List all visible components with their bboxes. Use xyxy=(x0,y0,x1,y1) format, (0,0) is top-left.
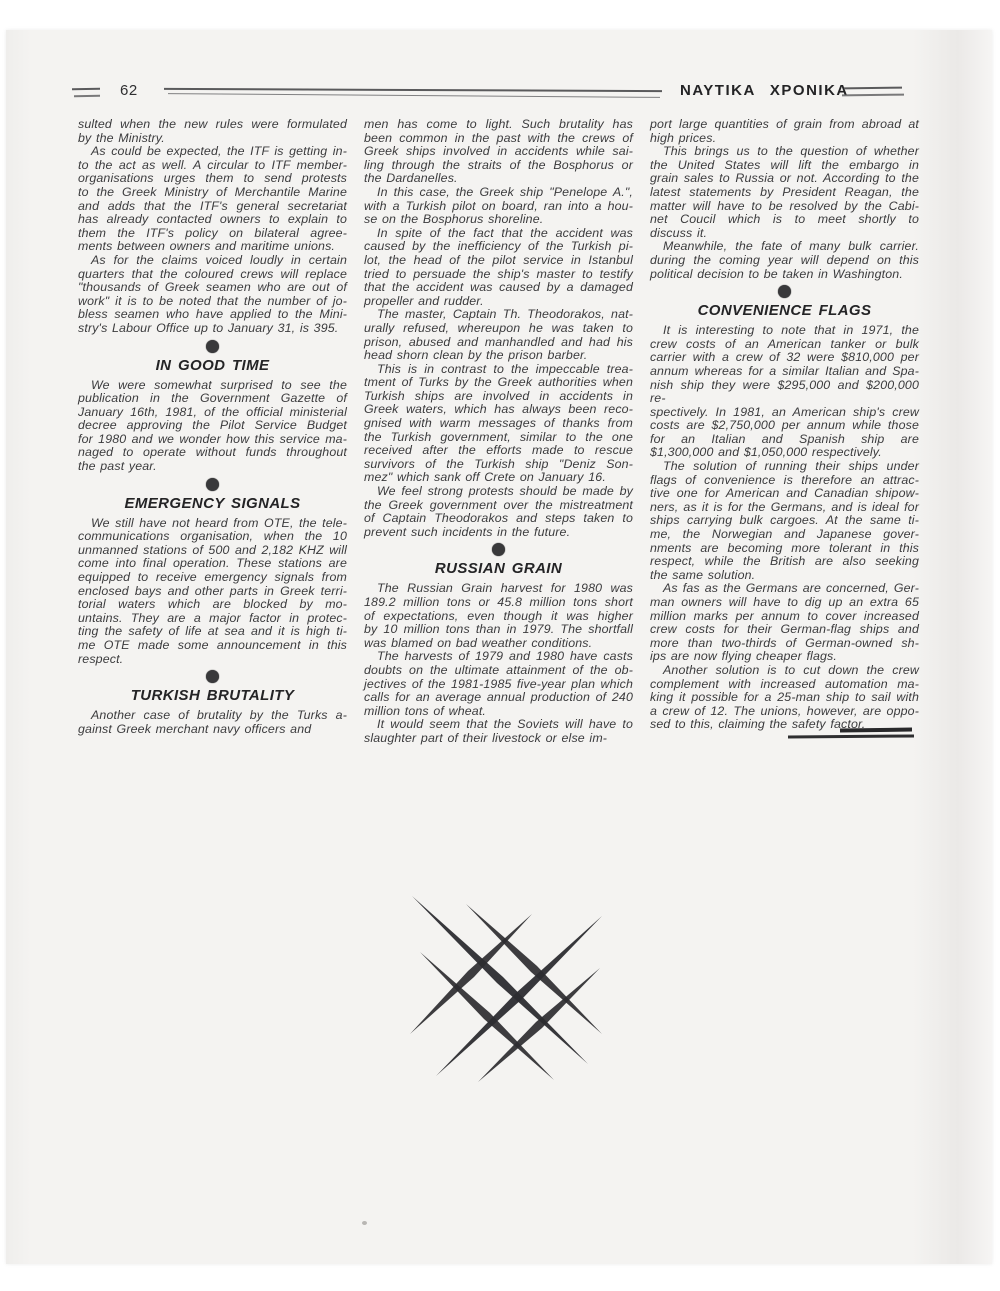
text-line: It would seem that the Soviets will have… xyxy=(364,718,633,732)
text-line: Meanwhile, the fate of many bulk carrier… xyxy=(650,240,919,254)
text-line: respect, while the British are also seek… xyxy=(650,555,919,569)
text-line: $1,300,000 and $1,050,000 respectively. xyxy=(650,446,919,460)
header-rule-long xyxy=(168,93,660,98)
text-line: has already contacted owners to explain … xyxy=(78,213,347,227)
article-columns: sulted when the new rules were formulate… xyxy=(78,118,919,746)
text-line: calls for an average annual production o… xyxy=(364,691,633,705)
text-line: tment of Turks by the Greek authorities … xyxy=(364,376,633,390)
section-heading: RUSSIAN GRAIN xyxy=(364,560,633,578)
section-heading: CONVENIENCE FLAGS xyxy=(650,302,919,320)
text-line: million tons of wheat. xyxy=(364,705,633,719)
text-line: The harvests of 1979 and 1980 have casts xyxy=(364,650,633,664)
paragraph: Another solution is to cut down the crew… xyxy=(650,664,919,732)
text-line: se on the Bosphorus shoreline. xyxy=(364,213,633,227)
text-line: crew costs of an American tanker or bulk xyxy=(650,338,919,352)
magazine-page: 62 NAYTIKA XPONIKA sulted when the new r… xyxy=(6,30,992,1264)
text-line: Greek waters, which has always been reco… xyxy=(364,403,633,417)
paragraph: We feel strong protests should be made b… xyxy=(364,485,633,539)
text-line: spectively. In 1981, an American ship's … xyxy=(650,406,919,420)
text-line: by 10 million tons than in 1979. The sho… xyxy=(364,623,633,637)
text-line: It is interesting to note that in 1971, … xyxy=(650,324,919,338)
text-line: jectives of the 1981-1985 five-year plan… xyxy=(364,678,633,692)
header-rule-long xyxy=(164,88,662,92)
text-line: urally refused, whereupon he was taken t… xyxy=(364,322,633,336)
crosshatch-flourish-icon xyxy=(402,886,617,1086)
text-line: sulted when the new rules were formulate… xyxy=(78,118,347,132)
text-line: men has come to light. Such brutality ha… xyxy=(364,118,633,132)
text-line: was blamed on bad weather conditions. xyxy=(364,637,633,651)
paragraph: We were somewhat surprised to see thepub… xyxy=(78,379,347,474)
text-line: received after the efforts made to rescu… xyxy=(364,444,633,458)
article-column-3: port large quantities of grain from abro… xyxy=(650,118,919,746)
text-line: latest statements by President Reagan, t… xyxy=(650,186,919,200)
paragraph: The solution of running their ships unde… xyxy=(650,460,919,582)
text-line: the Turkish government, similar to the o… xyxy=(364,431,633,445)
text-line: the Greek government over the mistreatme… xyxy=(364,499,633,513)
text-line: mez" which sank off Crete on January 16. xyxy=(364,471,633,485)
text-line: lot, the head of the pilot service in Is… xyxy=(364,254,633,268)
text-line: them the ITF's policy on bilateral agree… xyxy=(78,227,347,241)
text-line: me OTE made some announcement in this xyxy=(78,639,347,653)
text-line: Another solution is to cut down the crew xyxy=(650,664,919,678)
text-line: gainst Greek merchant navy officers and xyxy=(78,723,347,737)
paragraph: port large quantities of grain from abro… xyxy=(650,118,919,145)
header-rule-right xyxy=(844,87,902,89)
text-line: grain sales to Russia or not. According … xyxy=(650,172,919,186)
header-rule-left xyxy=(72,88,100,90)
text-line: We still have not heard from OTE, the te… xyxy=(78,517,347,531)
text-line: survivors of the Turkish ship "Deniz Son… xyxy=(364,458,633,472)
text-line: to the act as well. A circular to ITF me… xyxy=(78,159,347,173)
text-line: As for the claims voiced loudly in certa… xyxy=(78,254,347,268)
text-line: This is in contrast to the impeccable tr… xyxy=(364,363,633,377)
text-line: flags of convenience is therefore an att… xyxy=(650,474,919,488)
section-bullet-icon xyxy=(206,478,219,491)
section-bullet-icon xyxy=(778,285,791,298)
text-line: ling through the straits of the Bosphoru… xyxy=(364,159,633,173)
section-bullet-icon xyxy=(492,543,505,556)
paragraph: The Russian Grain harvest for 1980 was18… xyxy=(364,582,633,650)
text-line: for 1980 and we wonder how this service … xyxy=(78,433,347,447)
text-line: equipped to receive emergency signals fr… xyxy=(78,571,347,585)
text-line: crew costs for their German-flag ships a… xyxy=(650,623,919,637)
magazine-title: NAYTIKA XPONIKA xyxy=(680,82,849,99)
text-line: Turkish ships are involved in accidents … xyxy=(364,390,633,404)
text-line: come into final operation. These station… xyxy=(78,557,347,571)
text-line: work" it is to be noted that the number … xyxy=(78,295,347,309)
text-line: propeller and rudder. xyxy=(364,295,633,309)
text-line: torial waters which are blocked by mo- xyxy=(78,598,347,612)
text-line: slaughter part of their livestock or els… xyxy=(364,732,633,746)
text-line: As could be expected, the ITF is getting… xyxy=(78,145,347,159)
text-line: prevent such incidents in the future. xyxy=(364,526,633,540)
text-line: head shorn clean by the prison barber. xyxy=(364,349,633,363)
text-line: port large quantities of grain from abro… xyxy=(650,118,919,132)
article-column-2: men has come to light. Such brutality ha… xyxy=(364,118,633,746)
text-line: As fas as the Germans are concerned, Ger… xyxy=(650,582,919,596)
paragraph: sulted when the new rules were formulate… xyxy=(78,118,347,145)
text-line: unmanned stations of 500 and 2,182 KHZ w… xyxy=(78,544,347,558)
text-line: during the coming year will depend on th… xyxy=(650,254,919,268)
text-line: The solution of running their ships unde… xyxy=(650,460,919,474)
text-line: matter will have to be resolved by the C… xyxy=(650,200,919,214)
section-bullet-icon xyxy=(206,670,219,683)
paragraph: men has come to light. Such brutality ha… xyxy=(364,118,633,186)
text-line: organisations urges them to send protest… xyxy=(78,172,347,186)
text-line: more than two-thirds of German-owned sh- xyxy=(650,637,919,651)
text-line: naged to operate without funds throughou… xyxy=(78,446,347,460)
text-line: with a Turkish pilot on board, ran into … xyxy=(364,200,633,214)
section-bullet-icon xyxy=(206,340,219,353)
paragraph: This is in contrast to the impeccable tr… xyxy=(364,363,633,485)
text-line: enclosed bays and other parts in Greek t… xyxy=(78,585,347,599)
text-line: net Coucil which is to meet shortly to xyxy=(650,213,919,227)
text-line: political decision to be taken in Washin… xyxy=(650,268,919,282)
paragraph: In spite of the fact that the accident w… xyxy=(364,227,633,309)
text-line: been common in the past with the crews o… xyxy=(364,132,633,146)
text-line: ners, as it is for the Germans, and is i… xyxy=(650,501,919,515)
text-line: Greek ships involved in accidents while … xyxy=(364,145,633,159)
header-rule-right xyxy=(842,94,904,96)
text-line: "thousands of Greek seamen who are out o… xyxy=(78,281,347,295)
text-line: by the Ministry. xyxy=(78,132,347,146)
text-line: man owners will have to dig up an extra … xyxy=(650,596,919,610)
header-rule-left xyxy=(74,95,100,97)
paragraph: The harvests of 1979 and 1980 have casts… xyxy=(364,650,633,718)
paragraph: Meanwhile, the fate of many bulk carrier… xyxy=(650,240,919,281)
text-line: ips are now flying cheaper flags. xyxy=(650,650,919,664)
page-number: 62 xyxy=(120,82,138,99)
text-line: a crew of 12. The unions, however, are o… xyxy=(650,705,919,719)
paragraph: The master, Captain Th. Theodorakos, nat… xyxy=(364,308,633,362)
text-line: the United States will lift the embargo … xyxy=(650,159,919,173)
section-heading: IN GOOD TIME xyxy=(78,357,347,375)
text-line: ships carrying bulk cargoes. At the same… xyxy=(650,514,919,528)
text-line: discuss it. xyxy=(650,227,919,241)
text-line: tried to persuade the ship's master to t… xyxy=(364,268,633,282)
text-line: nments are becoming more tolerant in thi… xyxy=(650,542,919,556)
paragraph: As for the claims voiced loudly in certa… xyxy=(78,254,347,336)
text-line: decree approving the Pilot Service Budge… xyxy=(78,419,347,433)
text-line: complement with increased automation ma- xyxy=(650,678,919,692)
text-line: me, the Norwegian and Japanese gover- xyxy=(650,528,919,542)
text-line: ting the safety of life at sea and it is… xyxy=(78,625,347,639)
article-column-1: sulted when the new rules were formulate… xyxy=(78,118,347,746)
text-line: publication in the Government Gazette of xyxy=(78,392,347,406)
text-line: The master, Captain Th. Theodorakos, nat… xyxy=(364,308,633,322)
text-line: This brings us to the question of whethe… xyxy=(650,145,919,159)
text-line: the past year. xyxy=(78,460,347,474)
paragraph: This brings us to the question of whethe… xyxy=(650,145,919,240)
page-header: 62 NAYTIKA XPONIKA xyxy=(72,82,912,106)
end-rule xyxy=(788,734,914,738)
paragraph: It is interesting to note that in 1971, … xyxy=(650,324,919,460)
text-line: respect. xyxy=(78,653,347,667)
text-line: We were somewhat surprised to see the xyxy=(78,379,347,393)
text-line: quarters that the coloured crews will re… xyxy=(78,268,347,282)
paragraph: We still have not heard from OTE, the te… xyxy=(78,517,347,667)
text-line: In this case, the Greek ship "Penelope A… xyxy=(364,186,633,200)
text-line: We feel strong protests should be made b… xyxy=(364,485,633,499)
crosshatch-ornament xyxy=(402,886,617,1086)
paragraph: In this case, the Greek ship "Penelope A… xyxy=(364,186,633,227)
text-line: stry's Labour Office up to January 31, i… xyxy=(78,322,347,336)
text-line: untains. They are a major factor in prot… xyxy=(78,612,347,626)
article-end-mark xyxy=(788,728,914,738)
text-line: ments between owners and maritime unions… xyxy=(78,240,347,254)
text-line: high prices. xyxy=(650,132,919,146)
text-line: king it possible for a 25-man ship to sa… xyxy=(650,691,919,705)
paragraph: As could be expected, the ITF is getting… xyxy=(78,145,347,254)
text-line: nish ship they were $295,000 and $200,00… xyxy=(650,379,919,406)
section-heading: TURKISH BRUTALITY xyxy=(78,687,347,705)
text-line: communications organisation, when the 10 xyxy=(78,530,347,544)
text-line: the same solution. xyxy=(650,569,919,583)
text-line: bless seamen who have applied to the Min… xyxy=(78,308,347,322)
scan-speck xyxy=(362,1221,367,1225)
text-line: carrier with a crew of 32 were $810,000 … xyxy=(650,351,919,365)
text-line: for an Italian and Spanish ship are xyxy=(650,433,919,447)
text-line: caused by the inefficiency of the Turkis… xyxy=(364,240,633,254)
text-line: costs are $2,750,000 per annum while tho… xyxy=(650,419,919,433)
text-line: tive one for American and Canadian shipo… xyxy=(650,487,919,501)
text-line: million marks per annum to cover increas… xyxy=(650,610,919,624)
text-line: the Dardanelles. xyxy=(364,172,633,186)
text-line: of expectations, even though it was high… xyxy=(364,610,633,624)
end-rule xyxy=(840,728,912,733)
paragraph: As fas as the Germans are concerned, Ger… xyxy=(650,582,919,664)
text-line: The Russian Grain harvest for 1980 was xyxy=(364,582,633,596)
text-line: of Captain Theodorakos and steps taken t… xyxy=(364,512,633,526)
text-line: 189.2 million tons or 45.8 million tons … xyxy=(364,596,633,610)
text-line: and adds that the ITF's general secretar… xyxy=(78,200,347,214)
paragraph: Another case of brutality by the Turks a… xyxy=(78,709,347,736)
text-line: to the Greek Ministry of Merchantile Mar… xyxy=(78,186,347,200)
text-line: In spite of the fact that the accident w… xyxy=(364,227,633,241)
text-line: January 16th, 1981, of the official mini… xyxy=(78,406,347,420)
text-line: prison, abused and manhandled and had hi… xyxy=(364,336,633,350)
text-line: gnised with warm messages of thanks from xyxy=(364,417,633,431)
text-line: that the accident was caused by a damage… xyxy=(364,281,633,295)
text-line: doubts on the ultimate attainment of the… xyxy=(364,664,633,678)
text-line: annum whereas for a similar Italian and … xyxy=(650,365,919,379)
text-line: Another case of brutality by the Turks a… xyxy=(78,709,347,723)
paragraph: It would seem that the Soviets will have… xyxy=(364,718,633,745)
section-heading: EMERGENCY SIGNALS xyxy=(78,495,347,513)
